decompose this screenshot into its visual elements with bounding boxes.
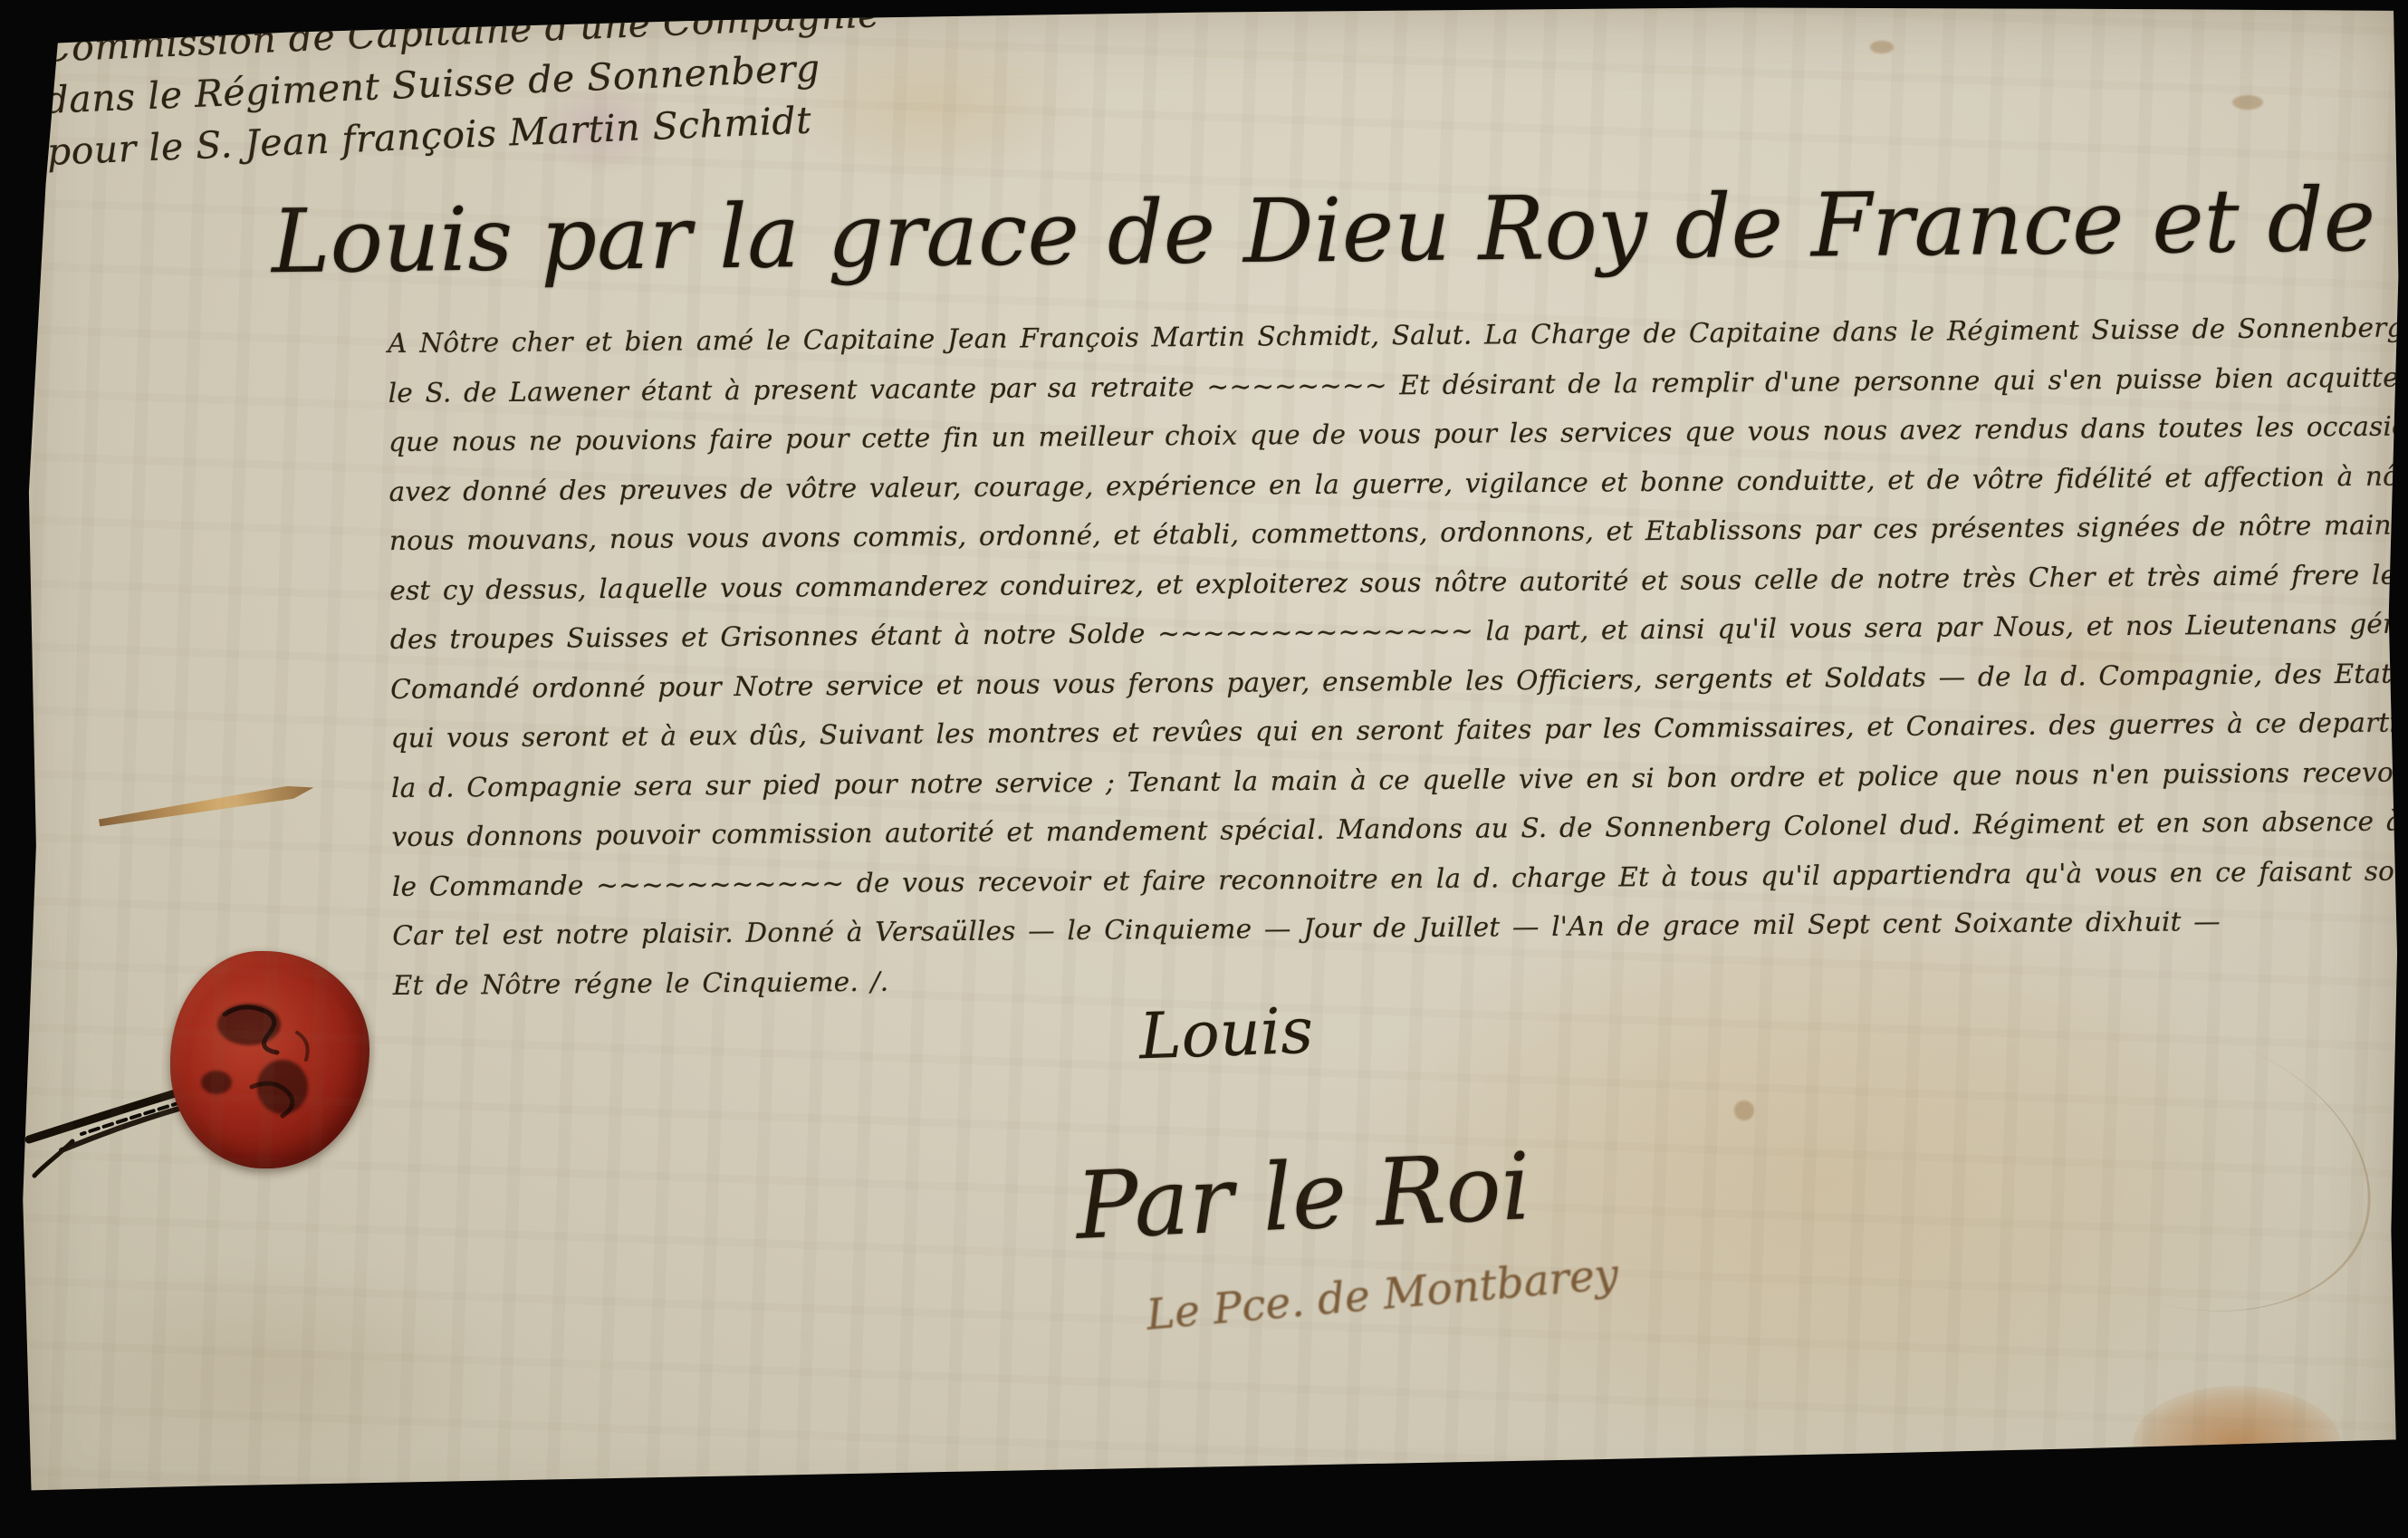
foxing-spot <box>1734 1101 1754 1120</box>
scanned-document: Commission de Capitaine d'une Compagnie … <box>0 0 2408 1538</box>
parchment-sheet: Commission de Capitaine d'une Compagnie … <box>0 0 2408 1538</box>
rust-stain <box>2133 1386 2341 1504</box>
archival-note: Commission de Capitaine d'une Compagnie … <box>42 0 886 178</box>
foxing-spot <box>1870 41 1894 53</box>
countersign-heading: Par le Roi <box>1074 1133 1533 1261</box>
royal-signature: Louis <box>1138 994 1315 1074</box>
seal-scribbles <box>170 951 369 1168</box>
foxing-spot <box>2232 95 2263 110</box>
stain <box>54 1250 507 1485</box>
secretary-countersignature: Le Pce. de Montbarey <box>1145 1249 1621 1340</box>
faint-arc-mark <box>1951 978 2408 1358</box>
commission-body: A Nôtre cher et bien amé le Capitaine Je… <box>388 303 2408 1009</box>
wooden-toggle <box>98 782 314 829</box>
royal-title: Louis par la grace de Dieu Roy de France… <box>271 168 2391 293</box>
